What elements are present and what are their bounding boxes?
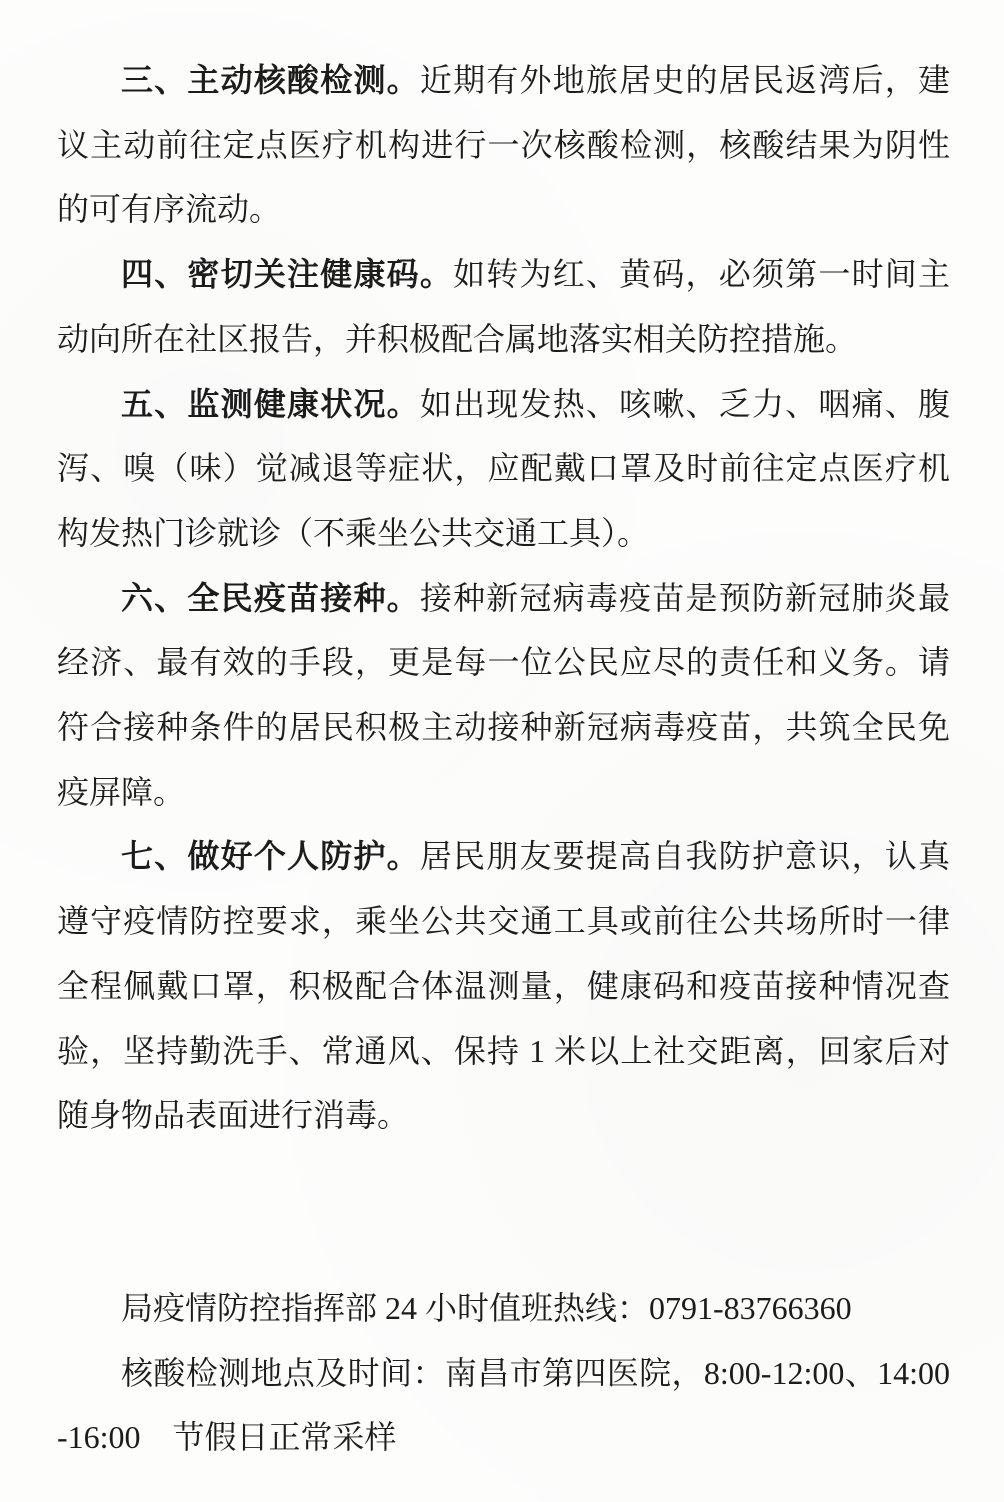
- testing-location-line: 核酸检测地点及时间：南昌市第四医院，8:00-12:00、14:00-16:00…: [57, 1341, 950, 1470]
- paragraph-heading: 三、主动核酸检测。: [121, 62, 420, 98]
- paragraph-health-code: 四、密切关注健康码。如转为红、黄码，必须第一时间主动向所在社区报告，并积极配合属…: [57, 242, 950, 371]
- document-body: 三、主动核酸检测。近期有外地旅居史的居民返湾后，建议主动前往定点医疗机构进行一次…: [57, 48, 950, 1148]
- paragraph-health-monitoring: 五、监测健康状况。如出现发热、咳嗽、乏力、咽痛、腹泻、嗅（味）觉减退等症状，应配…: [57, 372, 950, 566]
- contact-info-block: 局疫情防控指挥部 24 小时值班热线：0791-83766360 核酸检测地点及…: [57, 1276, 950, 1470]
- paragraph-heading: 七、做好个人防护。: [121, 838, 420, 874]
- paragraph-personal-protection: 七、做好个人防护。居民朋友要提高自我防护意识，认真遵守疫情防控要求，乘坐公共交通…: [57, 824, 950, 1148]
- paragraph-heading: 五、监测健康状况。: [121, 386, 420, 422]
- paragraph-body-text: 居民朋友要提高自我防护意识，认真遵守疫情防控要求，乘坐公共交通工具或前往公共场所…: [57, 838, 950, 1133]
- hotline-line: 局疫情防控指挥部 24 小时值班热线：0791-83766360: [57, 1276, 950, 1341]
- paragraph-nucleic-acid-testing: 三、主动核酸检测。近期有外地旅居史的居民返湾后，建议主动前往定点医疗机构进行一次…: [57, 48, 950, 242]
- paragraph-vaccination: 六、全民疫苗接种。接种新冠病毒疫苗是预防新冠肺炎最经济、最有效的手段，更是每一位…: [57, 566, 950, 825]
- paragraph-heading: 四、密切关注健康码。: [121, 256, 453, 292]
- document-page: 三、主动核酸检测。近期有外地旅居史的居民返湾后，建议主动前往定点医疗机构进行一次…: [0, 0, 1004, 1502]
- paragraph-heading: 六、全民疫苗接种。: [121, 580, 420, 616]
